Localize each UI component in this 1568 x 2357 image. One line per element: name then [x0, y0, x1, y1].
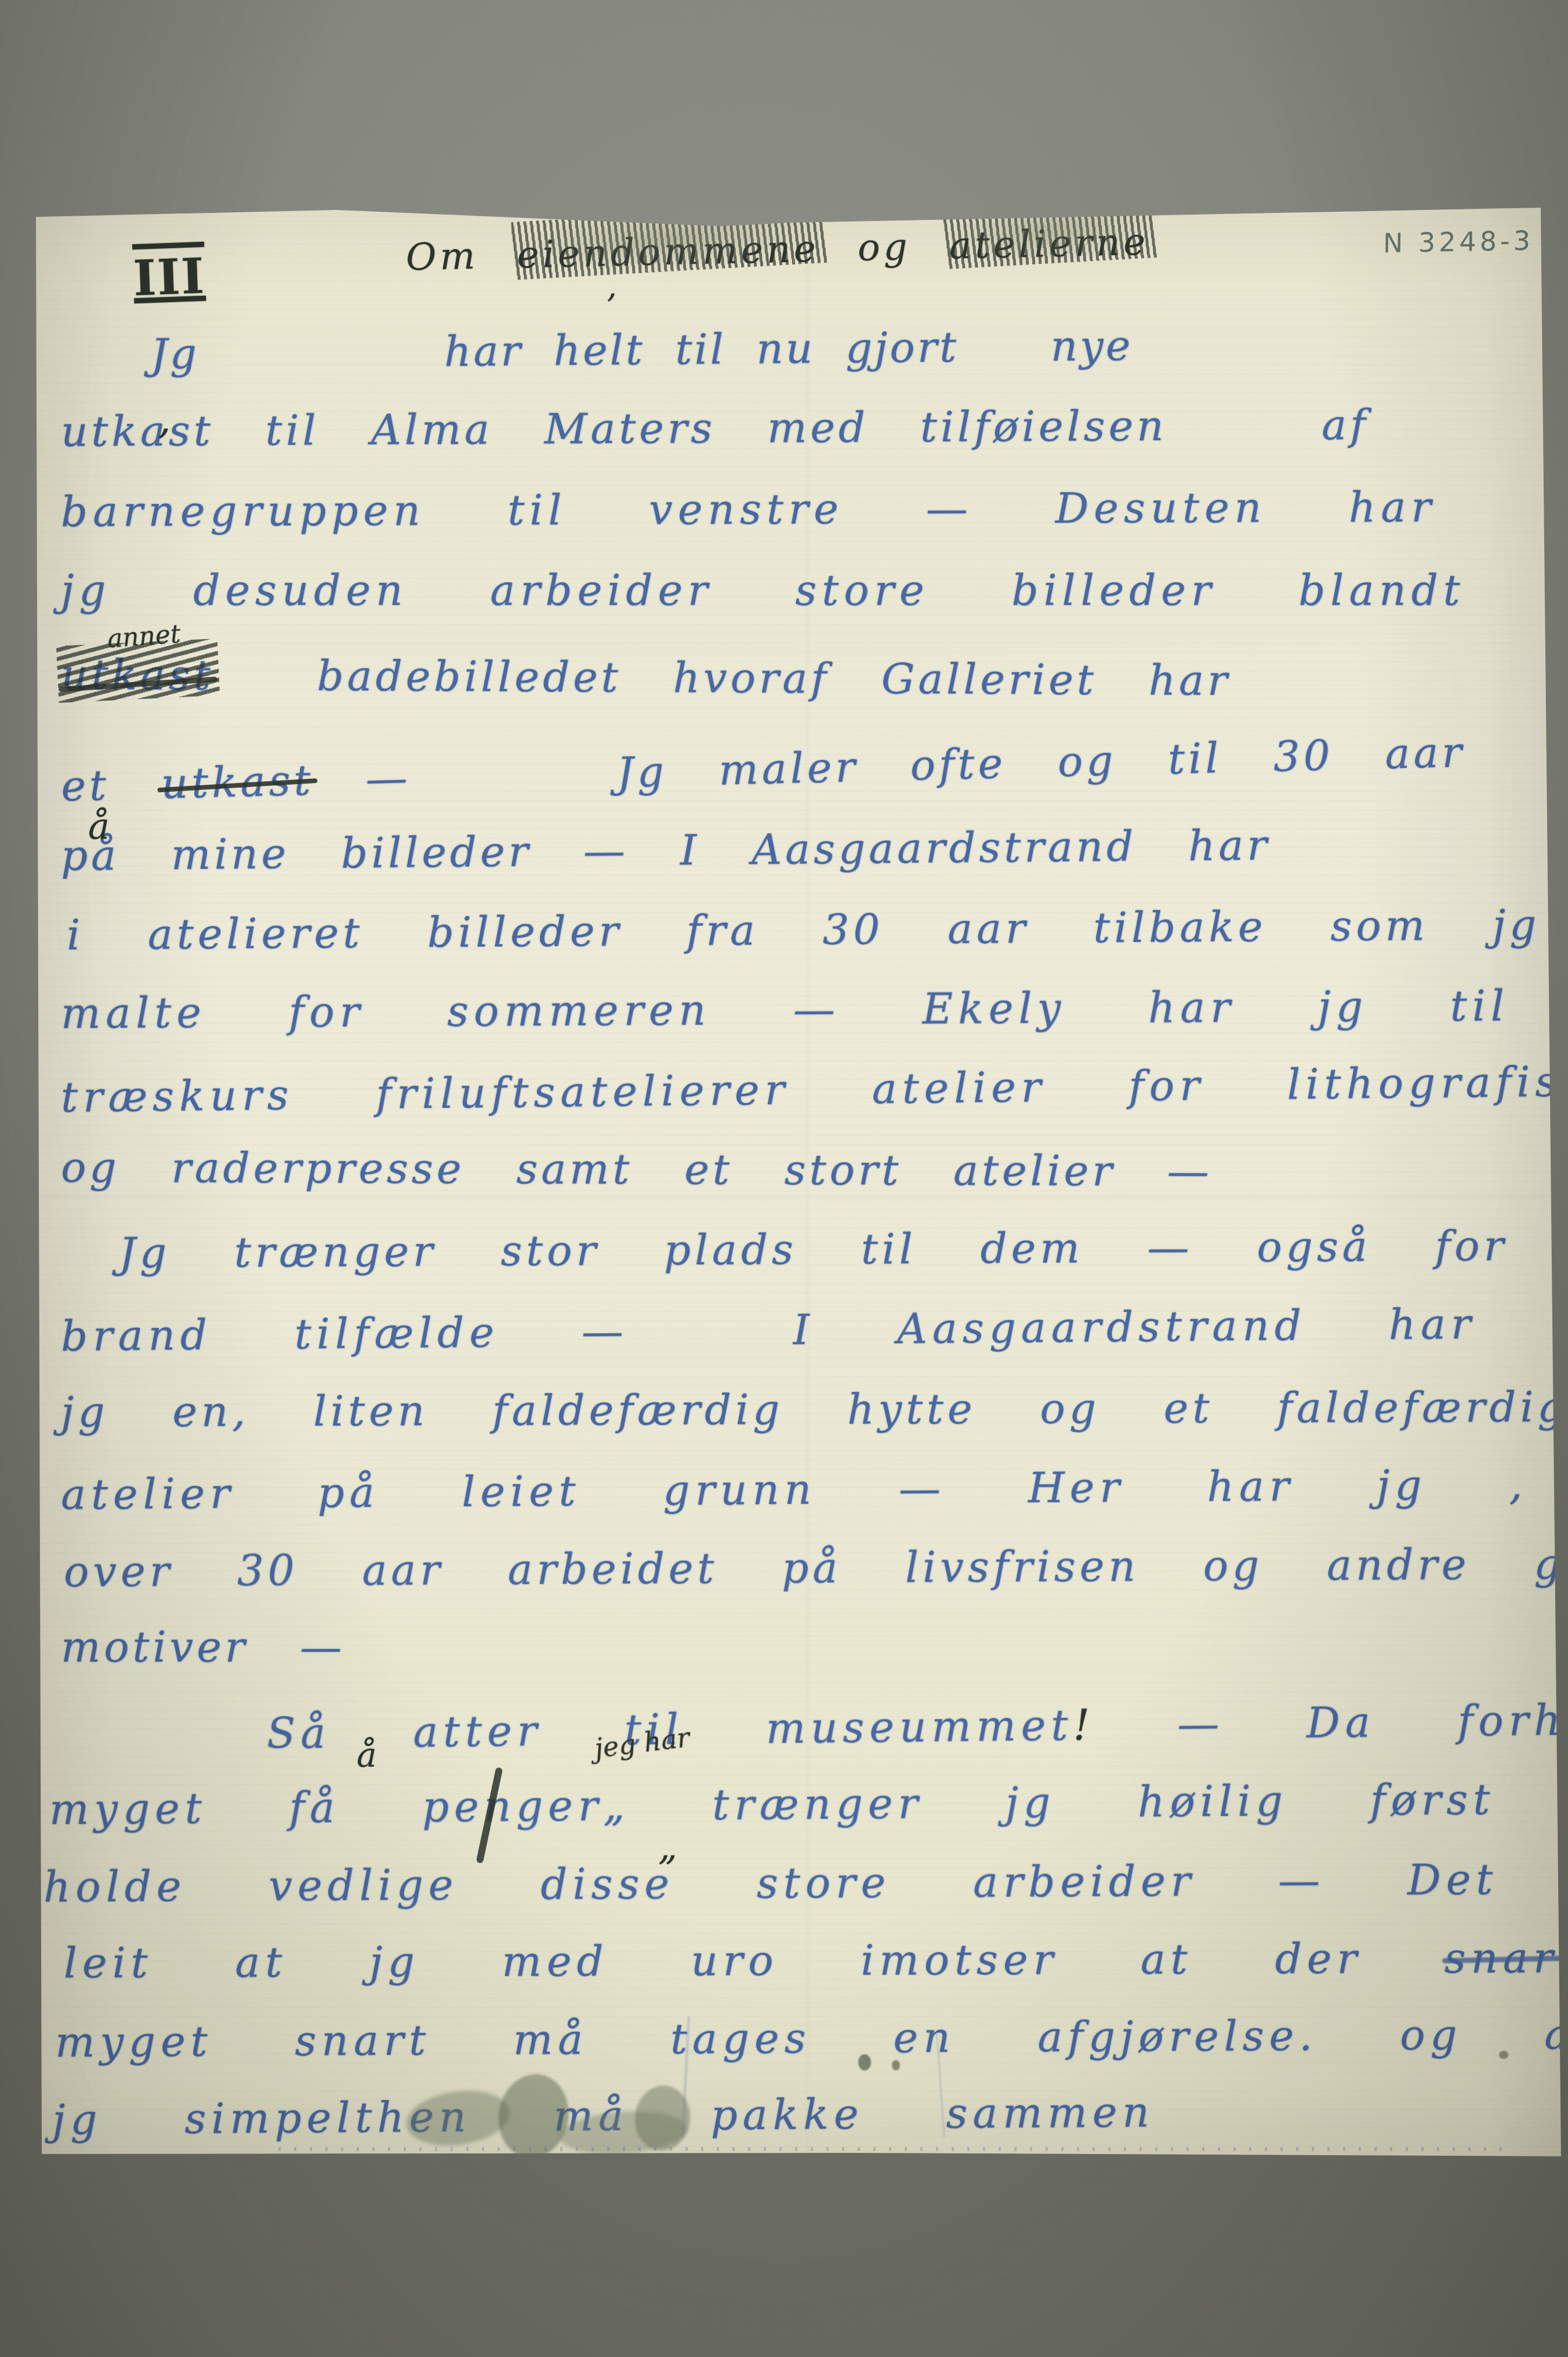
letter-line: malte for sommeren — Ekely har jg til mi… — [61, 981, 1568, 1038]
line-text: badebilledet hvoraf Galleriet har — [214, 651, 1231, 705]
letter-line: Jg har helt til nu gjort nye — [151, 321, 1133, 379]
letter-line: brand tilfælde — I Aasgaardstrand har — [61, 1299, 1476, 1360]
line-text: over 30 aar arbeidet på livsfrisen og an… — [64, 1539, 1568, 1597]
bottom-edge-ink-speckle — [278, 2147, 1508, 2151]
photo-backdrop: N 3248-3 III Om eiendommene og atelierne… — [0, 0, 1568, 2357]
catalog-number: N 3248-3 — [1383, 225, 1534, 259]
letter-line: utkast til Alma Maters med tilføielsen a… — [61, 400, 1369, 456]
stray-apostrophe-mark: ’ — [606, 288, 616, 325]
line-text: — Da forholdsvis — [1095, 1694, 1568, 1750]
line-text: Jg trænger stor plads til dem — også for — [119, 1221, 1508, 1278]
line-text: leit at jg med uro imotser at der — [64, 1934, 1444, 1987]
line-text: træskurs friluftsatelierer atelier for l… — [61, 1057, 1568, 1122]
letter-line: myget få penger„ trænger jg høilig først… — [49, 1774, 1568, 1834]
letter-line: over 30 aar arbeidet på livsfrisen og an… — [64, 1539, 1568, 1597]
line-text: myget snart må tages en afgjørelse. og a… — [55, 2010, 1568, 2066]
letter-line: på mine billeder — I Aasgaardstrand har — [61, 821, 1271, 880]
letter-line: og raderpresse samt et stort atelier — — [61, 1143, 1213, 1196]
line-text: et — [60, 759, 161, 810]
header-word-struck: eiendommene — [517, 227, 820, 277]
line-text: jg simpelthen må pakke sammen — [52, 2087, 1155, 2144]
line-text: brand tilfælde — I Aasgaardstrand har — [61, 1299, 1476, 1360]
line-text: og raderpresse samt et stort atelier — — [61, 1143, 1213, 1196]
line-text: malte for sommeren — Ekely har jg til mi… — [61, 981, 1568, 1038]
letter-page: N 3248-3 III Om eiendommene og atelierne… — [35, 206, 1562, 2160]
line-text-dark: ! — [1073, 1700, 1095, 1749]
letter-line: barnegruppen til venstre — Desuten har — [61, 483, 1436, 536]
header-word: og — [819, 225, 950, 271]
horizontal-fold-crease — [35, 1195, 1562, 1198]
line-text-scribbled: utkast — [61, 650, 214, 699]
line-text: motiver — — [61, 1623, 345, 1671]
letter-line: motiver — — [61, 1623, 345, 1671]
letter-line: atelier på leiet grunn — Her har jg , — [61, 1460, 1528, 1519]
letter-line: myget snart må tages en afgjørelse. og a… — [55, 2010, 1568, 2066]
line-text: utkast til Alma Maters med tilføielsen a… — [61, 400, 1369, 456]
letter-line: jg desuden arbeider store billeder bland… — [61, 566, 1465, 615]
line-text: jg desuden arbeider store billeder bland… — [61, 566, 1465, 615]
header-line: Om eiendommene og atelierne — [405, 221, 1149, 280]
header-word-struck: atelierne — [949, 221, 1149, 268]
letter-line: utkast badebilledet hvoraf Galleriet har — [61, 650, 1231, 705]
line-text: på mine billeder — I Aasgaardstrand har — [61, 821, 1271, 880]
letter-line: Jg trænger stor plads til dem — også for — [119, 1221, 1508, 1278]
letter-line: jg simpelthen må pakke sammen — [52, 2087, 1155, 2144]
letter-line: Så atter til museummet! — Da forholdsvis — [267, 1694, 1568, 1758]
line-text: — Jg maler ofte og til 30 aar — [313, 727, 1465, 804]
page-numeral: III — [132, 247, 206, 307]
line-text: barnegruppen til venstre — Desuten har — [61, 483, 1436, 536]
header-word: Om — [405, 234, 517, 279]
letter-line: jg en, liten faldefærdig hytte og et fal… — [61, 1382, 1568, 1436]
line-text: myget få penger„ trænger jg høilig først… — [49, 1774, 1568, 1834]
overwrite-aa: å — [357, 1735, 377, 1775]
letter-line: holde vedlige disse store arbeider — Det… — [43, 1854, 1568, 1912]
line-text: jg en, liten faldefærdig hytte og et fal… — [61, 1382, 1568, 1436]
line-text: holde vedlige disse store arbeider — Det… — [43, 1854, 1568, 1912]
line-text: atelier på leiet grunn — Her har jg , — [61, 1460, 1528, 1519]
line-text: i atelieret billeder fra 30 aar tilbake … — [67, 900, 1541, 959]
line-text-struck: snart — [1444, 1933, 1568, 1982]
letter-line: træskurs friluftsatelierer atelier for l… — [61, 1057, 1568, 1122]
overwrite-aa: å — [88, 805, 110, 847]
letter-line: leit at jg med uro imotser at der snart — [64, 1933, 1568, 1987]
line-text: Jg har helt til nu gjort nye — [151, 321, 1133, 379]
line-text-struck: utkast — [161, 756, 315, 808]
stray-comma-mark: ‚ — [158, 396, 170, 443]
letter-line: et utkast — Jg maler ofte og til 30 aar — [60, 727, 1465, 810]
letter-line: i atelieret billeder fra 30 aar tilbake … — [67, 900, 1541, 959]
